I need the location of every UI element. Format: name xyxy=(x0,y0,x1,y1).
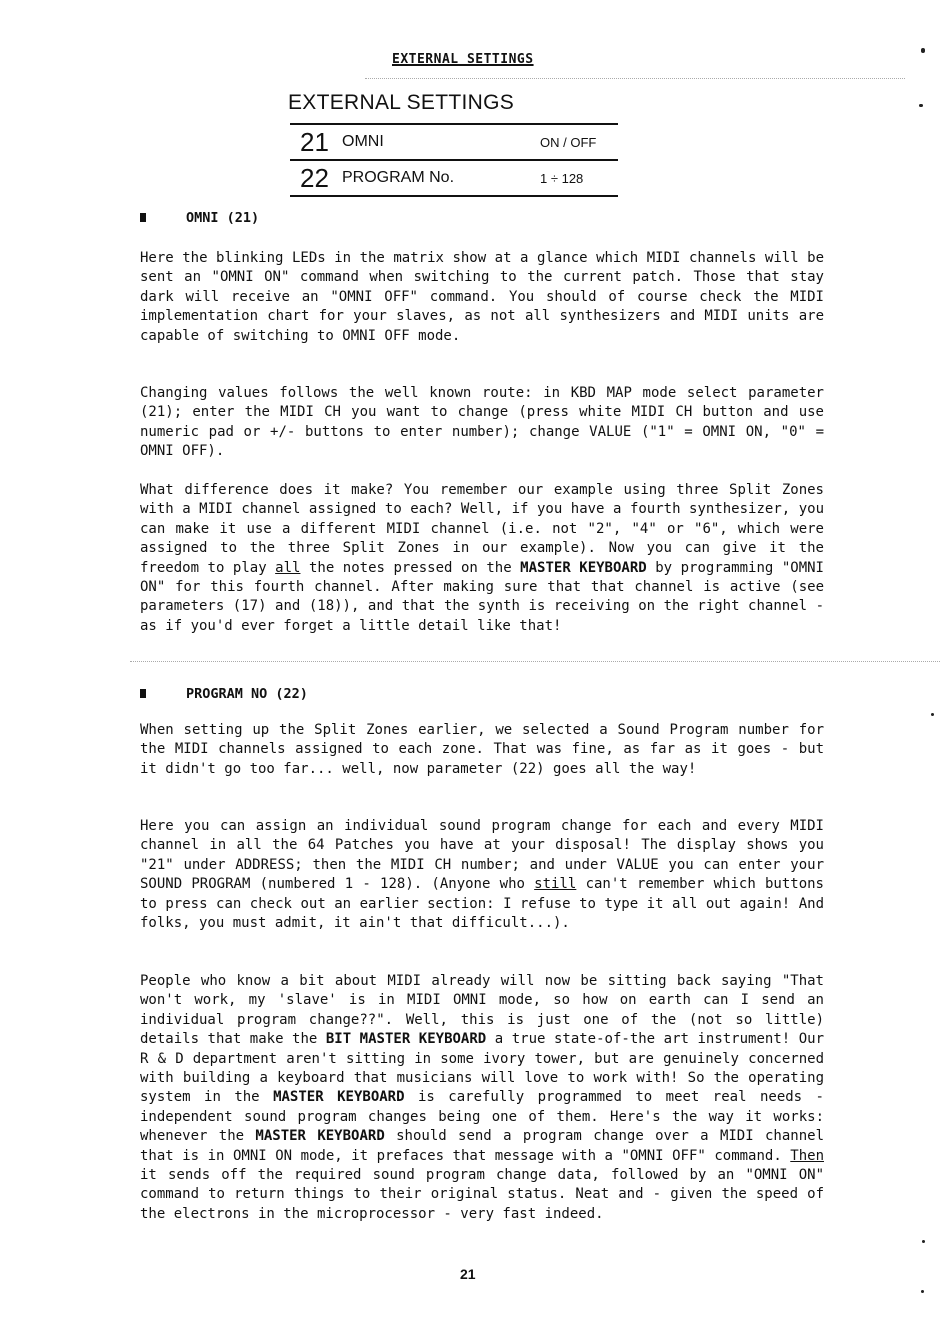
paragraph-program-3: People who know a bit about MIDI already… xyxy=(140,972,824,1224)
scan-speck xyxy=(922,1240,925,1243)
scan-speck xyxy=(931,713,934,716)
parameter-range: ON / OFF xyxy=(540,135,596,150)
scan-speck xyxy=(921,48,925,53)
parameter-name: OMNI xyxy=(342,133,384,151)
parameter-range: 1 ÷ 128 xyxy=(540,171,583,186)
paragraph-omni-3: What difference does it make? You rememb… xyxy=(140,481,824,636)
parameter-number: 22 xyxy=(290,163,342,194)
parameter-row-21: 21 OMNI ON / OFF xyxy=(290,125,618,159)
scan-speck xyxy=(921,1290,924,1293)
paragraph-program-1: When setting up the Split Zones earlier,… xyxy=(140,721,824,779)
parameter-number: 21 xyxy=(290,127,342,158)
typed-heading: EXTERNAL SETTINGS xyxy=(392,52,534,67)
section-heading-program: PROGRAM NO (22) xyxy=(140,686,308,702)
table-title: EXTERNAL SETTINGS xyxy=(288,91,514,115)
table-rule xyxy=(290,195,618,197)
scan-artifact-line xyxy=(130,661,940,662)
square-bullet-icon xyxy=(140,213,146,222)
scan-speck xyxy=(919,104,923,107)
paragraph-omni-1: Here the blinking LEDs in the matrix sho… xyxy=(140,249,824,346)
square-bullet-icon xyxy=(140,689,146,698)
parameter-name: PROGRAM No. xyxy=(342,169,454,187)
section-title: PROGRAM NO (22) xyxy=(186,686,308,702)
paragraph-omni-2: Changing values follows the well known r… xyxy=(140,384,824,462)
parameter-table: 21 OMNI ON / OFF 22 PROGRAM No. 1 ÷ 128 xyxy=(290,123,618,197)
paragraph-program-2: Here you can assign an individual sound … xyxy=(140,817,824,933)
page-number: 21 xyxy=(460,1266,476,1282)
parameter-row-22: 22 PROGRAM No. 1 ÷ 128 xyxy=(290,161,618,195)
section-title: OMNI (21) xyxy=(186,210,259,226)
scan-artifact-line xyxy=(365,78,905,79)
section-heading-omni: OMNI (21) xyxy=(140,210,259,226)
